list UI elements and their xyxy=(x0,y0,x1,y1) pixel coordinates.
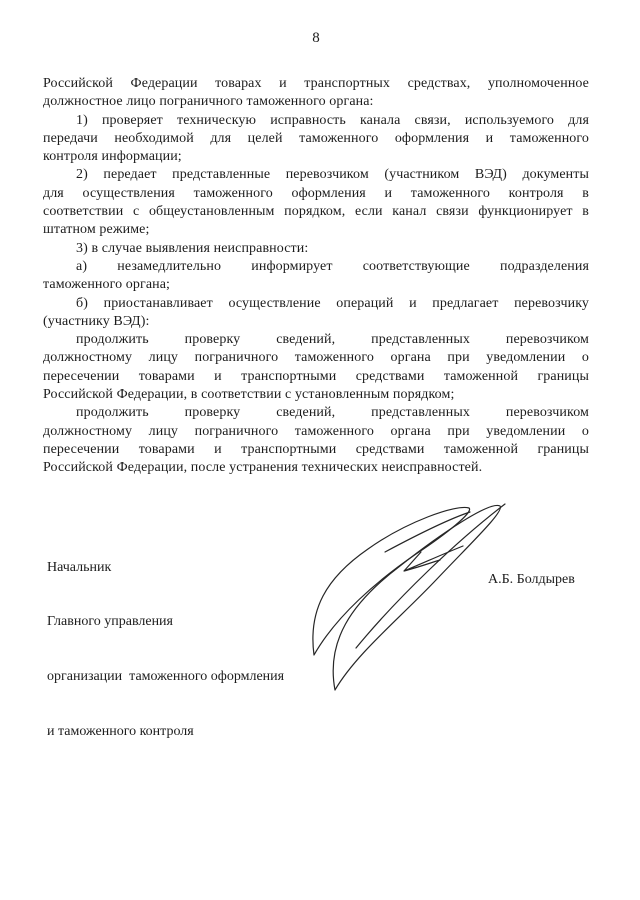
signature-block: Начальник Главного управления организаци… xyxy=(47,522,284,760)
signatory-title-line: и таможенного контроля xyxy=(47,723,284,741)
body-line: Российской Федерации, в соответствии с у… xyxy=(43,386,589,404)
signatory-title-line: Начальник xyxy=(47,559,284,577)
body-line: Российской Федерации товарах и транспорт… xyxy=(43,75,589,93)
body-line: контроля информации; xyxy=(43,148,589,166)
body-line: продолжить проверку сведений, представле… xyxy=(43,331,589,349)
page-number: 8 xyxy=(43,30,589,47)
body-line: б) приостанавливает осуществление операц… xyxy=(43,295,589,313)
body-line: штатном режиме; xyxy=(43,221,589,239)
body-line: должностное лицо пограничного таможенног… xyxy=(43,93,589,111)
signature-stroke xyxy=(356,504,505,648)
handwritten-signature xyxy=(288,492,528,707)
body-line: должностному лицу пограничного таможенно… xyxy=(43,423,589,441)
document-body: Российской Федерации товарах и транспорт… xyxy=(43,75,589,478)
body-line: 3) в случае выявления неисправности: xyxy=(43,240,589,258)
body-line: таможенного органа; xyxy=(43,276,589,294)
body-line: Российской Федерации, после устранения т… xyxy=(43,459,589,477)
signature-stroke xyxy=(313,507,470,655)
body-line: пересечении товарами и транспортными сре… xyxy=(43,368,589,386)
signatory-title-line: Главного управления xyxy=(47,613,284,631)
body-line: 1) проверяет техническую исправность кан… xyxy=(43,112,589,130)
body-line: 2) передает представленные перевозчиком … xyxy=(43,166,589,184)
body-line: а) незамедлительно информирует соответст… xyxy=(43,258,589,276)
body-line: должностному лицу пограничного таможенно… xyxy=(43,349,589,367)
body-line: соответствии с общеустановленным порядко… xyxy=(43,203,589,221)
signature-stroke xyxy=(333,505,500,690)
signature-stroke xyxy=(404,546,463,571)
body-line: (участнику ВЭД): xyxy=(43,313,589,331)
body-line: передачи необходимой для целей таможенно… xyxy=(43,130,589,148)
body-line: пересечении товарами и транспортными сре… xyxy=(43,441,589,459)
scanned-document-page: { "page": { "number": "8" }, "body": { "… xyxy=(0,0,640,900)
signatory-title-line: организации таможенного оформления xyxy=(47,668,284,686)
body-line: продолжить проверку сведений, представле… xyxy=(43,404,589,422)
body-line: для осуществления таможенного оформления… xyxy=(43,185,589,203)
signatory-name: А.Б. Болдырев xyxy=(488,572,575,588)
